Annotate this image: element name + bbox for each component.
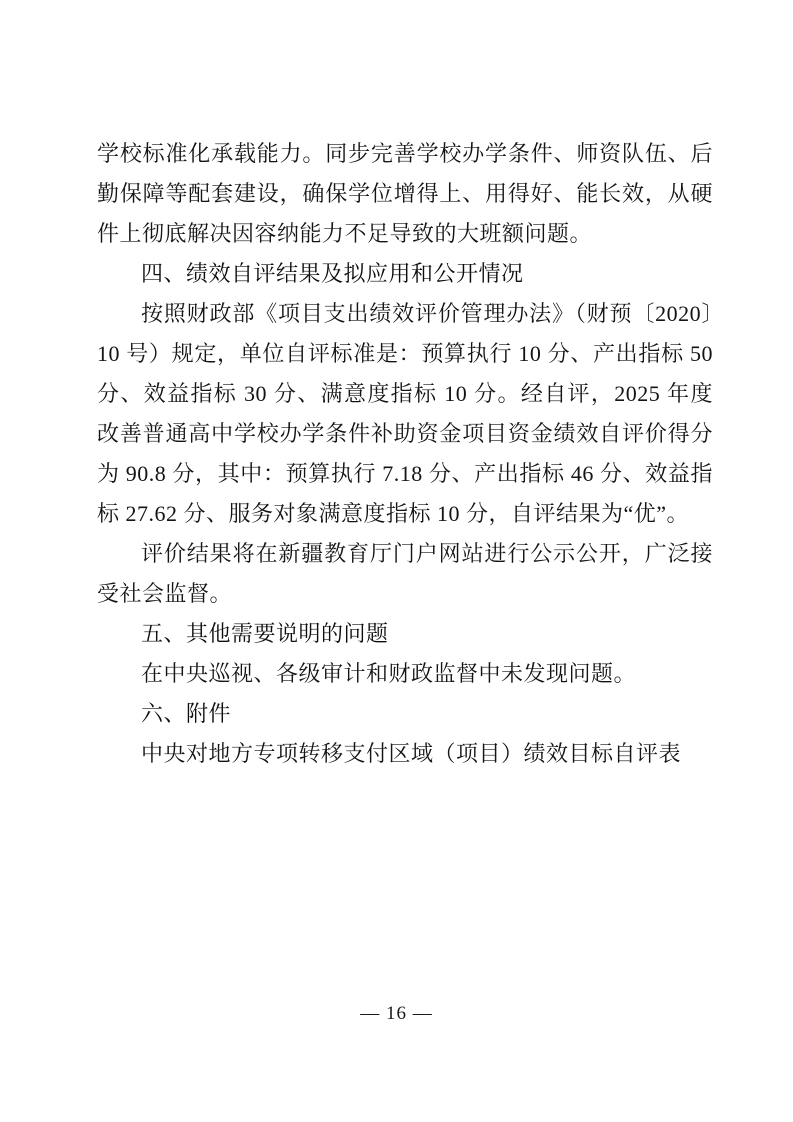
section-heading-performance-self-evaluation: 四、绩效自评结果及拟应用和公开情况 [97,254,713,294]
section-heading-other-issues: 五、其他需要说明的问题 [97,614,713,654]
continuation-paragraph: 学校标准化承载能力。同步完善学校办学条件、师资队伍、后勤保障等配套建设，确保学位… [97,134,713,254]
body-paragraph-self-evaluation-scores: 按照财政部《项目支出绩效评价管理办法》（财预〔2020〕10 号）规定，单位自评… [97,294,713,534]
document-body: 学校标准化承载能力。同步完善学校办学条件、师资队伍、后勤保障等配套建设，确保学位… [97,134,713,774]
body-paragraph-publication: 评价结果将在新疆教育厅门户网站进行公示公开，广泛接受社会监督。 [97,534,713,614]
page-number: — 16 — [0,1003,793,1025]
body-paragraph-no-problems-found: 在中央巡视、各级审计和财政监督中未发现问题。 [97,654,713,694]
section-heading-attachments: 六、附件 [97,694,713,734]
body-paragraph-attachment-title: 中央对地方专项转移支付区域（项目）绩效目标自评表 [97,734,713,774]
document-page: 学校标准化承载能力。同步完善学校办学条件、师资队伍、后勤保障等配套建设，确保学位… [0,0,793,1122]
